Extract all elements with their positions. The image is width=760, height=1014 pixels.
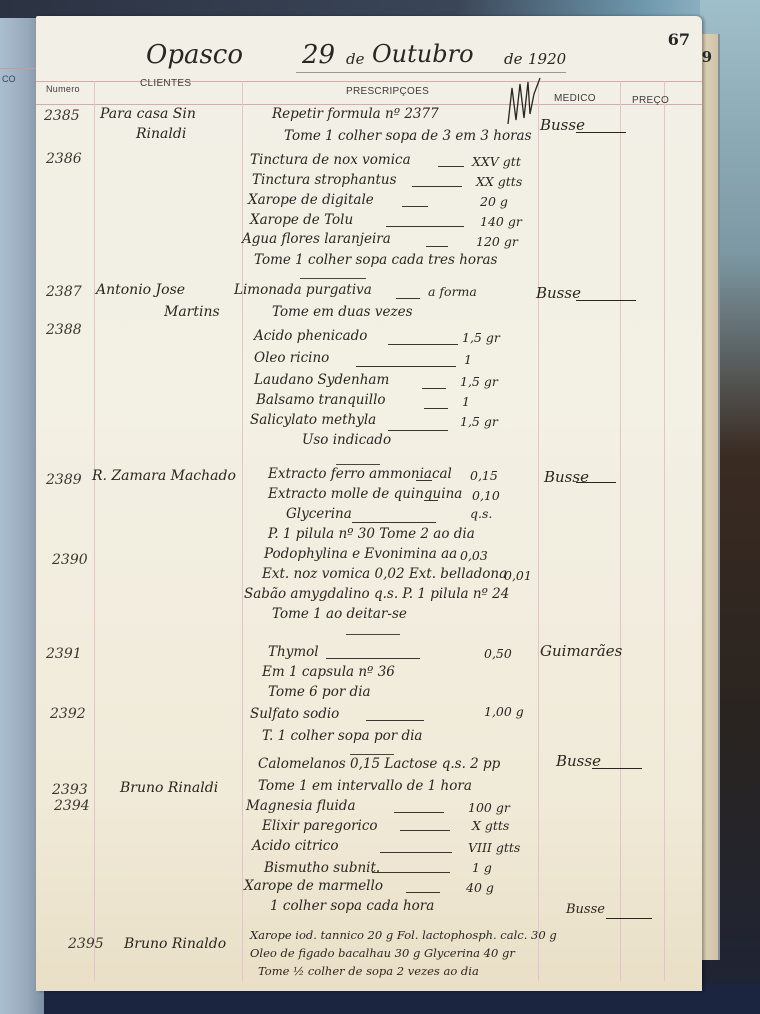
dash-line bbox=[426, 246, 448, 247]
prescription-line: Sabão amygdalino q.s. P. 1 pilula nº 24 bbox=[244, 586, 509, 602]
prescription-quantity: VIII gtts bbox=[468, 840, 520, 855]
entry-number: 2385 bbox=[44, 108, 80, 124]
prescription-line: Tinctura de nox vomica bbox=[250, 152, 411, 168]
client-name: R. Zamara Machado bbox=[92, 468, 236, 484]
prescription-quantity: 0,03 bbox=[460, 548, 488, 563]
prescription-line: Limonada purgativa bbox=[234, 282, 372, 298]
flourish bbox=[592, 768, 642, 769]
prescription-line: P. 1 pilula nº 30 Tome 2 ao dia bbox=[268, 526, 475, 542]
prescription-quantity: 1 bbox=[464, 352, 472, 367]
prescription-quantity: 1 bbox=[462, 394, 470, 409]
prescription-line: Elixir paregorico bbox=[262, 818, 378, 834]
prescription-line: 1 colher sopa cada hora bbox=[270, 898, 434, 914]
prescription-line: Xarope de Tolu bbox=[250, 212, 353, 228]
column-header-medico: MEDICO bbox=[554, 93, 596, 104]
prescription-line: Oleo ricino bbox=[254, 350, 329, 366]
date-year: 1920 bbox=[528, 50, 566, 68]
date-month: Outubro bbox=[372, 40, 474, 68]
prescription-line: T. 1 colher sopa por dia bbox=[262, 728, 422, 744]
column-divider bbox=[94, 81, 95, 981]
flourish bbox=[606, 918, 652, 919]
prescription-line: Tome em duas vezes bbox=[272, 304, 413, 320]
dash-line bbox=[424, 500, 438, 501]
doctor-name: Busse bbox=[566, 902, 605, 917]
client-name: Antonio Jose bbox=[96, 282, 185, 298]
prescription-quantity: X gtts bbox=[472, 818, 509, 833]
entry-separator bbox=[346, 634, 400, 635]
header-rule bbox=[36, 104, 702, 105]
prescription-line: Repetir formula nº 2377 bbox=[272, 106, 439, 122]
prescription-line: Podophylina e Evonimina aa bbox=[264, 546, 457, 562]
entry-number: 2388 bbox=[46, 322, 82, 338]
column-divider bbox=[538, 81, 539, 981]
prescription-line: Tome 1 em intervallo de 1 hora bbox=[258, 778, 472, 794]
dash-line bbox=[422, 388, 446, 389]
prescription-quantity: 0,10 bbox=[472, 488, 500, 503]
client-name: Rinaldi bbox=[136, 126, 186, 142]
prescription-line: Sulfato sodio bbox=[250, 706, 339, 722]
column-header-clientes: CLIENTES bbox=[140, 78, 191, 89]
prescription-line: Agua flores laranjeira bbox=[242, 231, 391, 247]
dash-line bbox=[416, 480, 432, 481]
left-page-header-fragment: CO bbox=[2, 74, 16, 84]
date-underline bbox=[296, 72, 566, 73]
column-divider bbox=[620, 81, 621, 981]
dash-line bbox=[380, 852, 452, 853]
doctor-name: Busse bbox=[544, 468, 589, 486]
entry-number: 2389 bbox=[46, 472, 82, 488]
prescription-quantity: q.s. bbox=[470, 506, 492, 521]
prescription-line: Xarope de digitale bbox=[248, 192, 374, 208]
client-name: Bruno Rinaldi bbox=[120, 780, 218, 796]
prescription-quantity: XX gtts bbox=[476, 174, 522, 189]
dash-line bbox=[386, 226, 464, 227]
dash-line bbox=[366, 720, 424, 721]
entry-number: 2387 bbox=[46, 284, 82, 300]
prescription-quantity: 1,5 gr bbox=[460, 414, 498, 429]
prescription-line: Balsamo tranquillo bbox=[256, 392, 386, 408]
prescription-line: Tome ½ colher de sopa 2 vezes ao dia bbox=[258, 964, 479, 978]
entry-number: 2394 bbox=[54, 798, 90, 814]
prescription-line: Thymol bbox=[268, 644, 319, 660]
date-place: Opasco bbox=[146, 40, 243, 70]
prescription-quantity: 140 gr bbox=[480, 214, 522, 229]
date-de: de bbox=[504, 50, 522, 68]
prescription-quantity: 1,00 g bbox=[484, 704, 524, 719]
prescription-line: Xarope iod. tannico 20 g Fol. lactophosp… bbox=[250, 928, 557, 942]
doctor-name: Guimarães bbox=[540, 642, 622, 660]
entry-separator bbox=[300, 278, 366, 279]
doctor-name: Busse bbox=[536, 284, 581, 302]
prescription-quantity: 20 g bbox=[480, 194, 508, 209]
prescription-quantity: 1 g bbox=[472, 860, 492, 875]
prescription-line: Bismutho subnit. bbox=[264, 860, 380, 876]
flourish bbox=[576, 482, 616, 483]
prescription-line: Acido citrico bbox=[252, 838, 338, 854]
dash-line bbox=[352, 522, 436, 523]
dash-line bbox=[388, 344, 458, 345]
usage-instruction: Tome 1 ao deitar-se bbox=[272, 606, 407, 622]
column-header-numero: Numero bbox=[46, 84, 80, 94]
dash-line bbox=[396, 298, 420, 299]
client-name: Para casa Sin bbox=[100, 106, 196, 122]
entry-separator bbox=[336, 464, 380, 465]
prescription-quantity: 40 g bbox=[466, 880, 494, 895]
dash-line bbox=[394, 812, 444, 813]
entry-number: 2392 bbox=[50, 706, 86, 722]
column-header-prescripcoes: PRESCRIPÇOES bbox=[346, 86, 429, 97]
entry-number: 2395 bbox=[68, 936, 104, 952]
page-number: 67 bbox=[668, 30, 690, 49]
prescription-quantity: 120 gr bbox=[476, 234, 518, 249]
column-divider bbox=[664, 81, 665, 981]
dash-line bbox=[406, 892, 440, 893]
prescription-quantity: 100 gr bbox=[468, 800, 510, 815]
client-name: Bruno Rinaldo bbox=[124, 936, 226, 952]
column-header-preco: PREÇO bbox=[632, 95, 669, 106]
entry-separator bbox=[350, 754, 394, 755]
prescription-line: Ext. noz vomica 0,02 Ext. belladona bbox=[262, 566, 507, 582]
prescription-line: Tome 1 colher sopa cada tres horas bbox=[254, 252, 497, 268]
prescription-quantity: 1,5 gr bbox=[462, 330, 500, 345]
prescription-line: Calomelanos 0,15 Lactose q.s. 2 pp bbox=[258, 756, 500, 772]
prescription-line: Laudano Sydenham bbox=[254, 372, 389, 388]
dash-line bbox=[438, 166, 464, 167]
prescription-line: Tome 1 colher sopa de 3 em 3 horas bbox=[284, 128, 532, 144]
prescription-line: Oleo de figado bacalhau 30 g Glycerina 4… bbox=[250, 946, 515, 960]
prescription-line: Em 1 capsula nº 36 bbox=[262, 664, 395, 680]
dash-line bbox=[402, 206, 428, 207]
prescription-quantity: XXV gtt bbox=[472, 154, 521, 169]
dash-line bbox=[372, 872, 450, 873]
prescription-line: Xarope de marmello bbox=[244, 878, 383, 894]
dash-line bbox=[412, 186, 462, 187]
prescription-line: Tinctura strophantus bbox=[252, 172, 397, 188]
underlying-page-number: 9 bbox=[702, 48, 712, 66]
prescription-quantity: 0,01 bbox=[504, 568, 532, 583]
signature-scribble-icon bbox=[504, 74, 544, 126]
date-day: 29 bbox=[302, 40, 335, 70]
prescription-line: Tome 6 por dia bbox=[268, 684, 371, 700]
prescription-line: Magnesia fluida bbox=[246, 798, 356, 814]
prescription-quantity: 1,5 gr bbox=[460, 374, 498, 389]
date-de: de bbox=[346, 50, 364, 68]
entry-number: 2386 bbox=[46, 151, 82, 167]
dash-line bbox=[400, 830, 450, 831]
header-rule bbox=[36, 81, 702, 82]
date-heading: Opasco 29 de Outubro de 1920 bbox=[146, 38, 586, 78]
prescription-quantity: 0,50 bbox=[484, 646, 512, 661]
dash-line bbox=[326, 658, 420, 659]
entry-number: 2391 bbox=[46, 646, 82, 662]
prescription-line: Salicylato methyla bbox=[250, 412, 376, 428]
prescription-quantity: 0,15 bbox=[470, 468, 498, 483]
dash-line bbox=[388, 430, 448, 431]
prescription-line: Acido phenicado bbox=[254, 328, 367, 344]
usage-instruction: Uso indicado bbox=[302, 432, 391, 448]
entry-number: 2393 bbox=[52, 782, 88, 798]
flourish bbox=[576, 132, 626, 133]
column-divider bbox=[242, 81, 243, 981]
ledger-page: 67 Opasco 29 de Outubro de 1920 Numero C… bbox=[36, 16, 702, 991]
client-name: Martins bbox=[164, 304, 220, 320]
entry-number: 2390 bbox=[52, 552, 88, 568]
dash-line bbox=[356, 366, 456, 367]
prescription-quantity: a forma bbox=[428, 284, 477, 299]
prescription-line: Glycerina bbox=[286, 506, 352, 522]
flourish bbox=[576, 300, 636, 301]
dash-line bbox=[424, 408, 448, 409]
